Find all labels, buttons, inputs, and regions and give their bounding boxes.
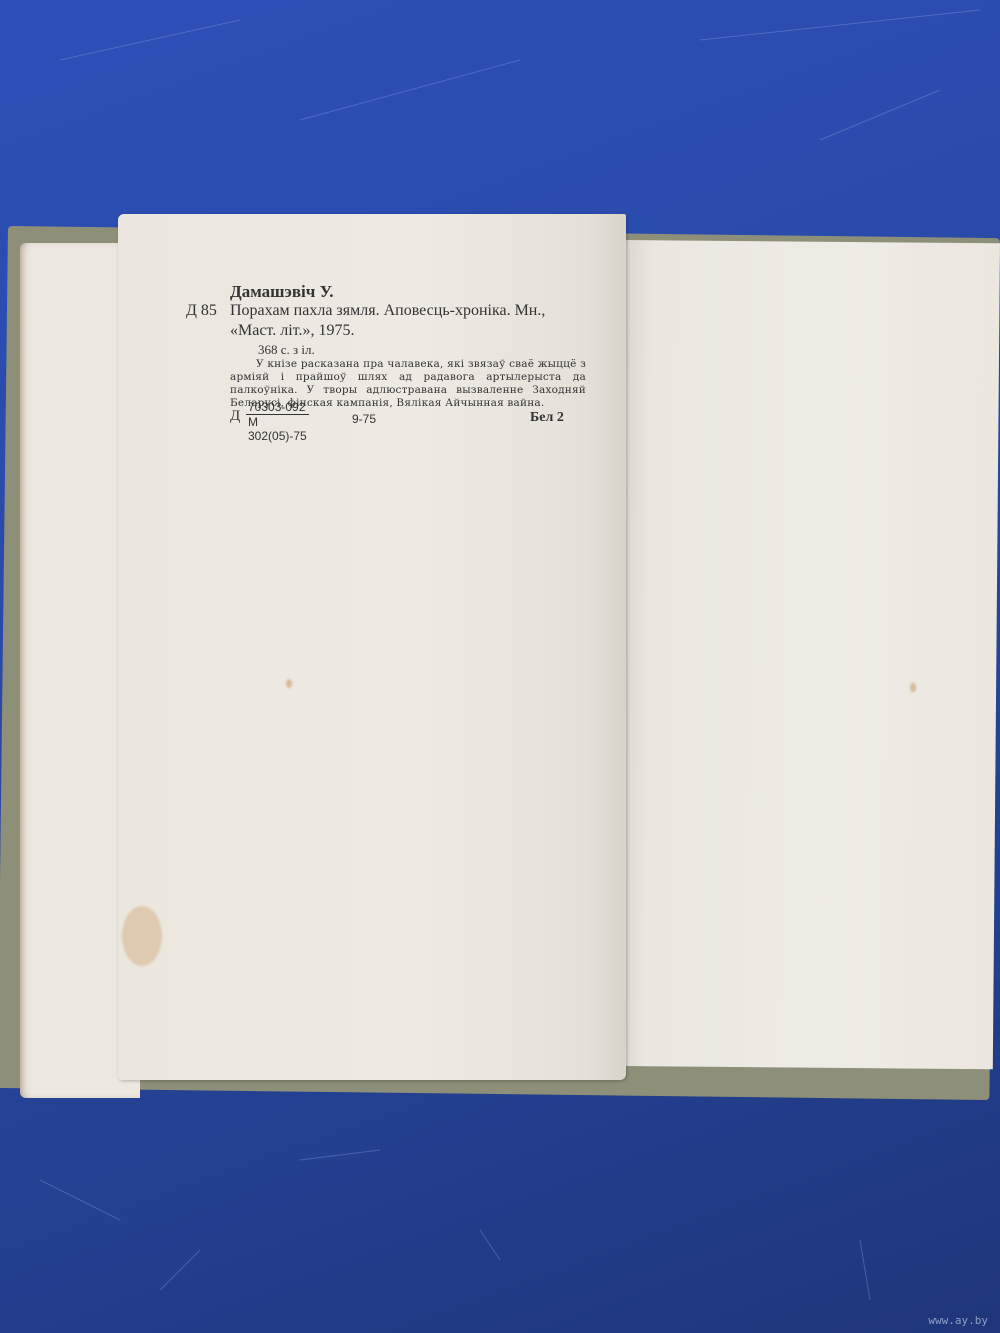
classification-code: Д 85 [186, 302, 217, 320]
title-line: Порахам пахла зямля. Аповесць-хроніка. М… [230, 302, 545, 320]
index-fraction: 70303-092 М 302(05)-75 [246, 400, 309, 443]
watermark: www.ay.by [928, 1314, 988, 1327]
page-count: 368 с. з іл. [258, 342, 315, 358]
index-denominator: М 302(05)-75 [246, 414, 309, 443]
left-page [118, 214, 626, 1080]
index-numerator: 70303-092 [246, 400, 309, 414]
index-prefix: Д [230, 408, 240, 425]
index-suffix: 9-75 [352, 412, 376, 426]
publisher-line: «Маст. літ.», 1975. [230, 322, 354, 340]
bbk-code: Бел 2 [530, 410, 564, 426]
right-page [615, 240, 1000, 1069]
author: Дамашэвіч У. [230, 282, 334, 302]
